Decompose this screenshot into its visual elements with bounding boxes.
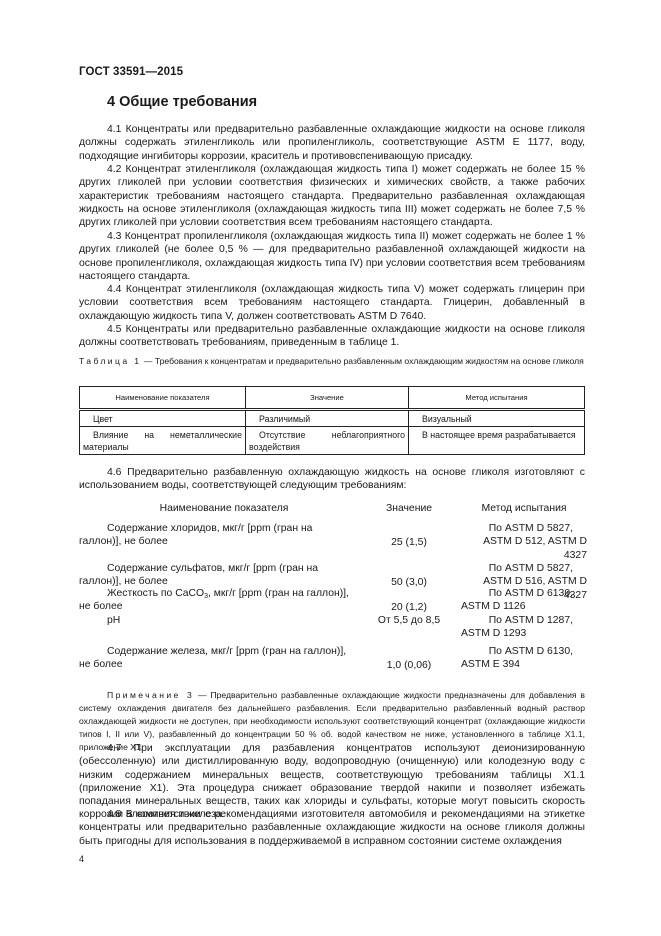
method-line-1: По ASTM D 6130,	[461, 645, 587, 658]
table-1-label: Таблица 1	[79, 356, 141, 366]
requirement-value: 25 (1,5)	[359, 536, 459, 549]
table-cell: Цвет	[80, 410, 246, 427]
cell-text: Различимый	[249, 414, 310, 424]
requirement-value: От 5,5 до 8,5	[359, 614, 459, 627]
requirement-value: 50 (3,0)	[359, 576, 459, 589]
requirement-name: Содержание сульфатов, мкг/г [ppm (гран н…	[79, 562, 349, 589]
paragraph-4-1: 4.1 Концентраты или предварительно разба…	[79, 123, 585, 163]
paragraph-4-4: 4.4 Концентрат этиленгликоля (охлаждающа…	[79, 283, 585, 323]
table-1: Наименование показателя Значение Метод и…	[79, 386, 585, 455]
table-row: Цвет Различимый Визуальный	[80, 410, 585, 427]
document-id: ГОСТ 33591—2015	[79, 66, 183, 78]
table-header-cell: Метод испытания	[409, 387, 585, 410]
method-line-2: ASTM E 394	[461, 658, 587, 671]
method-line-1: По ASTM D 5827,	[461, 522, 587, 535]
method-line-2: ASTM D 1293	[461, 627, 587, 640]
requirement-method: По ASTM D 1287, ASTM D 1293	[461, 614, 587, 641]
requirement-name: pH	[79, 614, 349, 627]
cell-text: Цвет	[83, 414, 113, 424]
header-name: Наименование показателя	[89, 502, 359, 515]
method-line-1: По ASTM D 1287,	[461, 614, 587, 627]
table-1-caption: Таблица 1 — Требования к концентратам и …	[79, 355, 585, 367]
table-row: Влияние на неметаллические материалы Отс…	[80, 427, 585, 455]
name-part: Жесткость по CaCO	[107, 588, 204, 599]
method-line-1: По ASTM D 6130,	[461, 587, 587, 600]
table-cell: Различимый	[246, 410, 409, 427]
method-line-1: По ASTM D 5827,	[461, 562, 587, 575]
paragraph-4-6: 4.6 Предварительно разбавленную охлаждаю…	[79, 466, 585, 493]
header-value: Значение	[359, 502, 459, 515]
table-header-cell: Значение	[246, 387, 409, 410]
page-number: 4	[79, 854, 84, 864]
requirement-value: 1,0 (0,06)	[359, 659, 459, 672]
requirement-name: Содержание хлоридов, мкг/г [ppm (гран на…	[79, 522, 349, 549]
note-label: Примечание 3	[107, 690, 194, 700]
requirement-method: По ASTM D 6130, ASTM E 394	[461, 645, 587, 672]
table-1-caption-text: — Требования к концентратам и предварите…	[141, 356, 583, 366]
paragraph-4-5: 4.5 Концентраты или предварительно разба…	[79, 323, 585, 350]
table-cell: Влияние на неметаллические материалы	[80, 427, 246, 455]
method-line-2: ASTM D 1126	[461, 600, 587, 613]
requirement-method: По ASTM D 6130, ASTM D 1126	[461, 587, 587, 614]
table-cell: Отсутствие неблагоприятного воздействия	[246, 427, 409, 455]
method-line-2: ASTM D 512, ASTM D 4327	[461, 535, 587, 562]
paragraph-4-3: 4.3 Концентрат пропиленгликоля (охлаждаю…	[79, 230, 585, 283]
paragraph-4-8: 4.8 В соответствии с рекомендациями изго…	[79, 808, 585, 848]
requirement-value: 20 (1,2)	[359, 601, 459, 614]
requirement-method: По ASTM D 5827, ASTM D 512, ASTM D 4327	[461, 522, 587, 562]
header-method: Метод испытания	[461, 502, 587, 515]
section-title: 4 Общие требования	[107, 94, 257, 110]
requirement-name: Жесткость по CaCO3, мкг/г [ppm (гран на …	[79, 587, 349, 614]
table-header-row: Наименование показателя Значение Метод и…	[80, 387, 585, 410]
table-cell: Визуальный	[409, 410, 585, 427]
cell-text: Визуальный	[412, 414, 472, 424]
paragraph-4-2: 4.2 Концентрат этиленгликоля (охлаждающа…	[79, 163, 585, 229]
table-header-cell: Наименование показателя	[80, 387, 246, 410]
table-cell: В настоящее время разрабатывается	[409, 427, 585, 455]
requirement-name: Содержание железа, мкг/г [ppm (гран на г…	[79, 645, 349, 672]
